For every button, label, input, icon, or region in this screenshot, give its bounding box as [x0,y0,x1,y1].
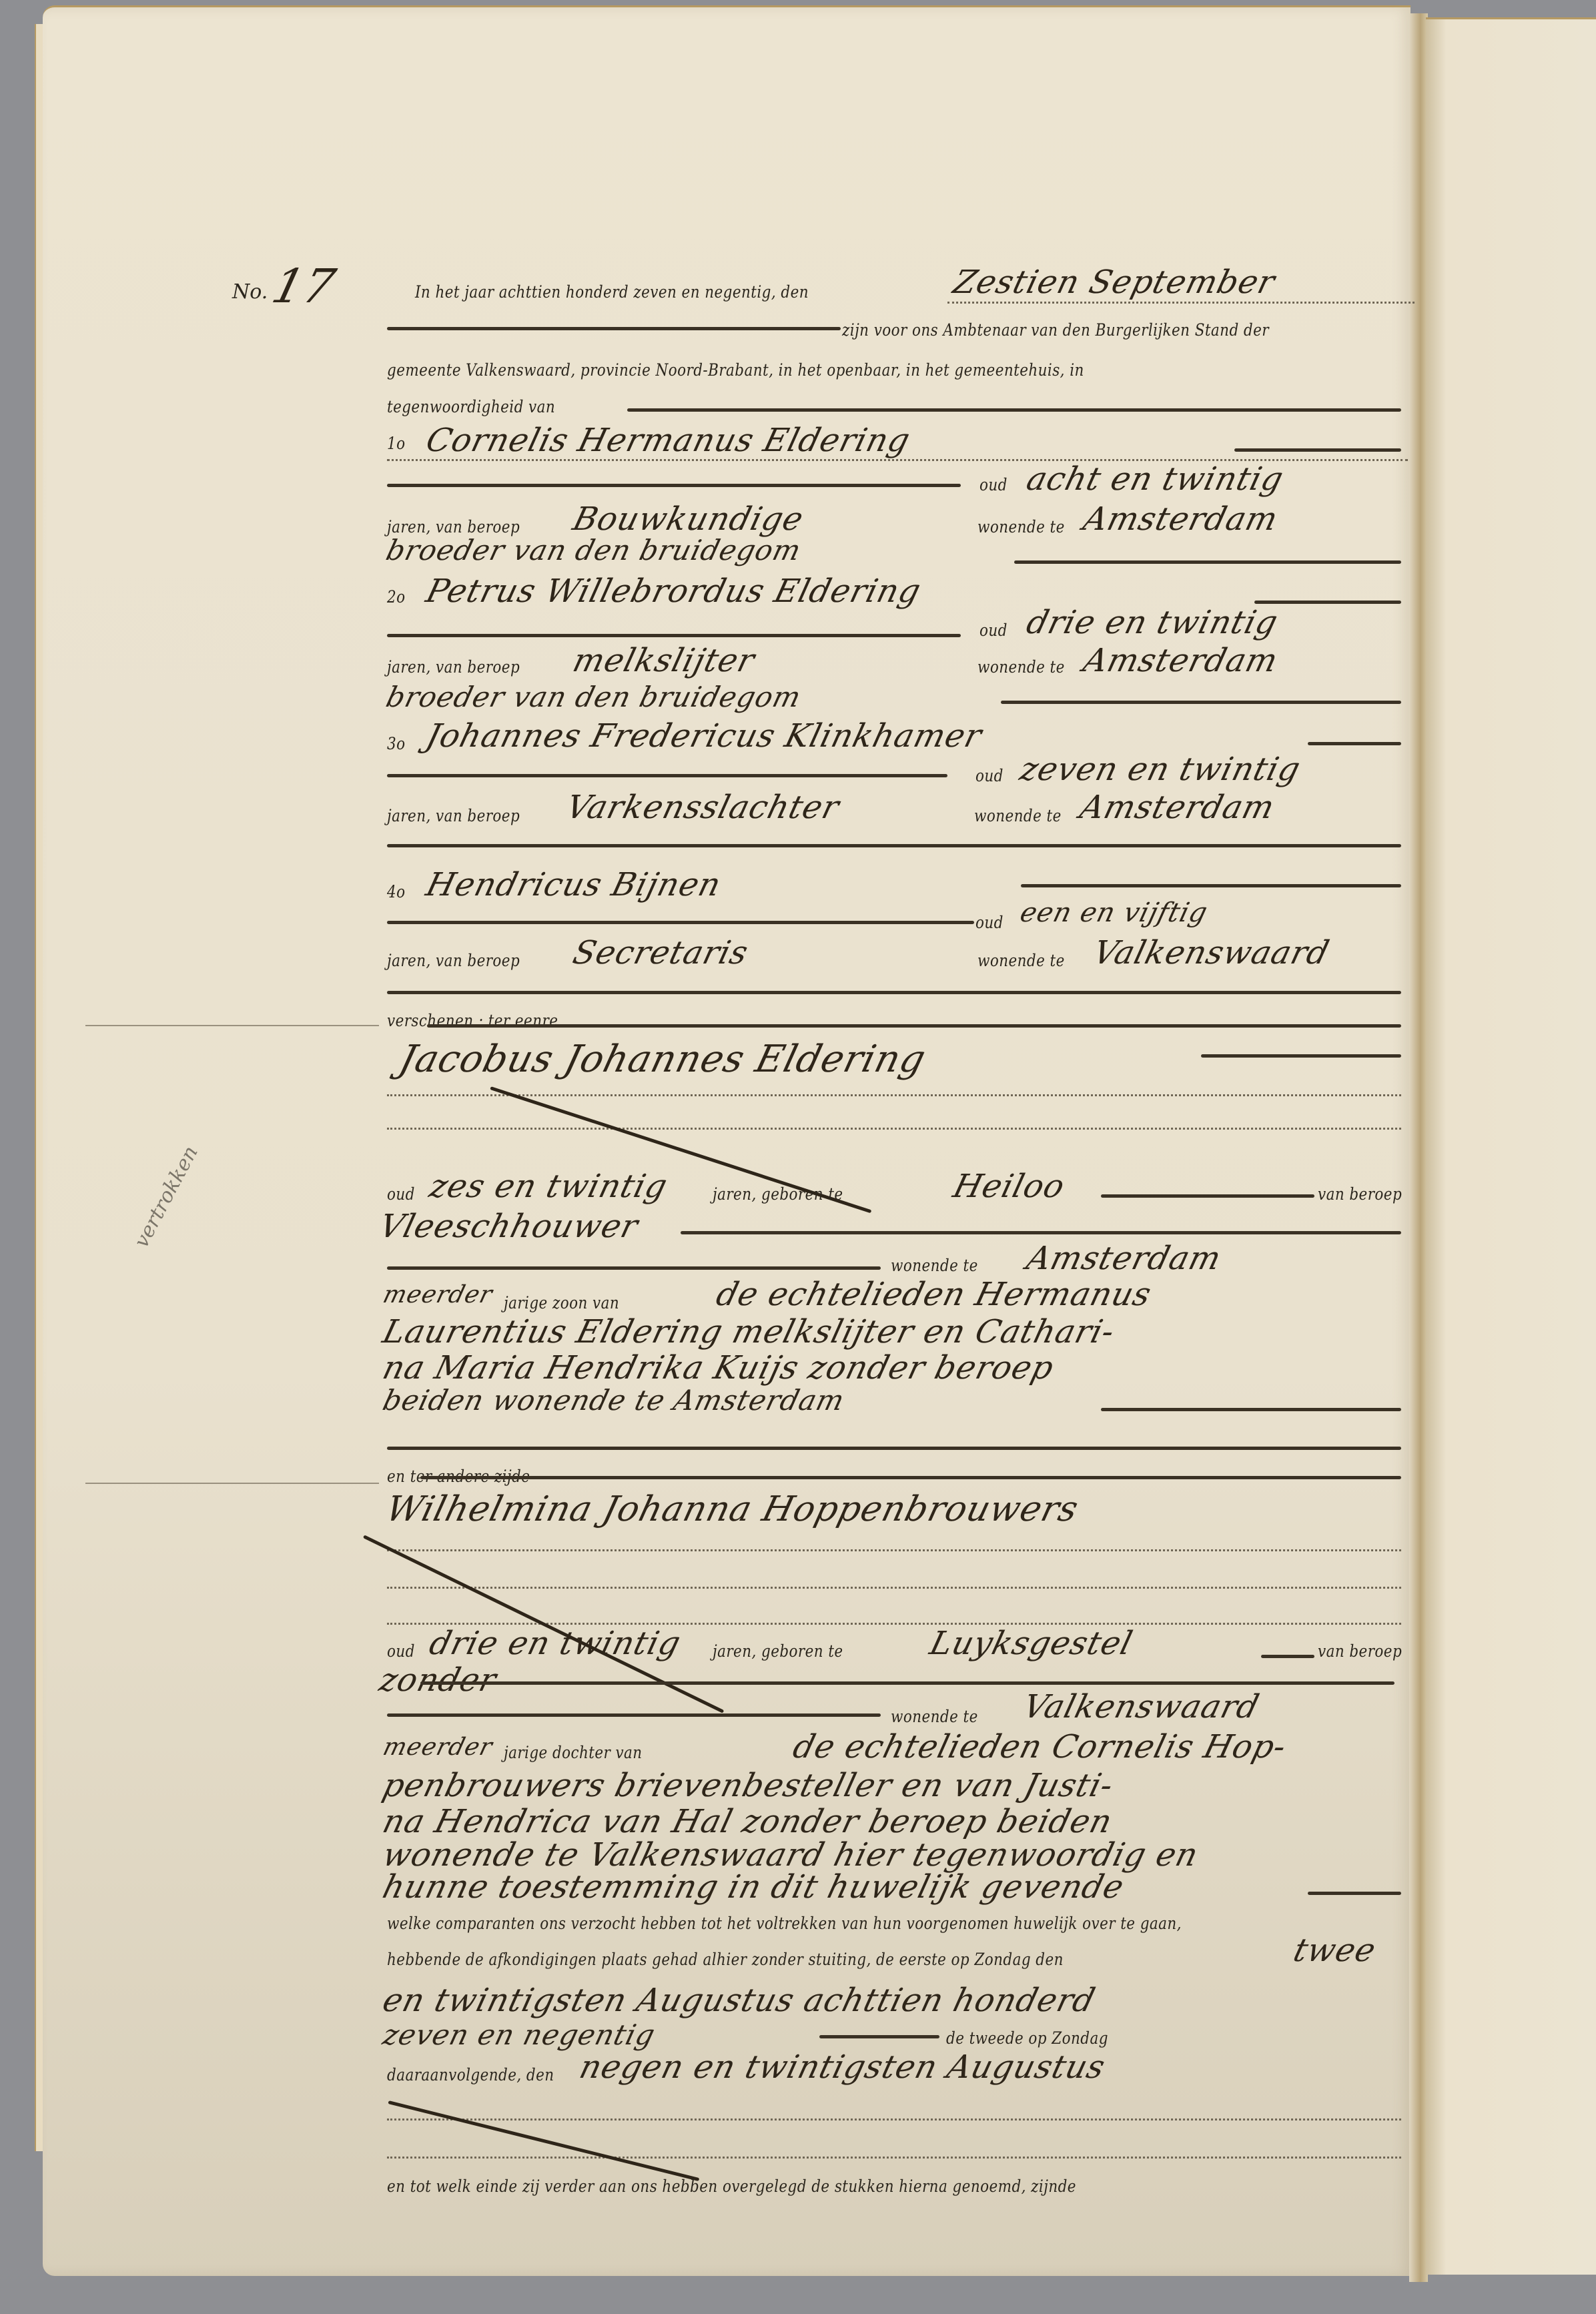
label-beroep: jaren, van beroep [387,951,520,970]
fill-line [387,1094,1401,1096]
print-line2: zijn voor ons Ambtenaar van den Burgerli… [842,320,1269,340]
bride-meerder: meerder [380,1733,496,1761]
print-afkondigingen: hebbende de afkondigingen plaats gehad a… [387,1950,1064,1969]
print-intro: In het jaar achttien honderd zeven en ne… [415,282,809,302]
record-number-label: No. [232,280,268,304]
strike-rule [420,1476,1401,1479]
bride-residence: Valkenswaard [1020,1688,1263,1725]
witness-1-name: Cornelis Hermanus Eldering [422,422,914,459]
strike-rule [1001,701,1401,704]
strike-rule [1308,1892,1401,1895]
witness-1-residence: Amsterdam [1080,500,1282,538]
witness-1-age: acht en twintig [1023,460,1288,498]
label-oud: oud [387,1184,415,1204]
witness-2-relation: broeder van den bruidegom [383,681,805,713]
witness-1-number: 1o [387,434,405,453]
strike-rule [387,1266,881,1270]
fill-line [387,1128,1401,1130]
groom-parents-4: beiden wonende te Amsterdam [380,1384,848,1417]
fill-line [387,1549,1401,1551]
groom-name: Jacobus Johannes Eldering [395,1038,930,1081]
witness-4-number: 4o [387,882,405,901]
print-line3: gemeente Valkenswaard, provincie Noord-B… [387,360,1084,380]
margin-divider [85,1025,379,1026]
strike-rule [387,844,1401,847]
strike-rule [387,634,961,637]
witness-3-residence: Amsterdam [1076,789,1278,826]
label-wonende: wonende te [977,517,1065,536]
witness-3-number: 3o [387,734,405,753]
witness-1-occupation: Bouwkundige [569,500,807,538]
strike-rule [1261,1655,1314,1658]
witness-4-occupation: Secretaris [569,934,752,972]
first-banns-day: twee [1290,1932,1380,1969]
witness-3-name: Johannes Fredericus Klinkhamer [422,717,985,755]
label-beroep: van beroep [1318,1641,1402,1661]
strike-rule [1101,1408,1401,1411]
label-zoon: jarige zoon van [504,1293,619,1312]
strike-rule [387,774,947,777]
strike-rule [1308,742,1401,745]
label-oud: oud [975,913,1004,932]
witness-4-name: Hendricus Bijnen [422,866,725,903]
bride-parents-5: hunne toestemming in dit huwelijk gevend… [379,1868,1128,1906]
margin-divider [85,1483,379,1484]
label-dochter: jarige dochter van [504,1743,643,1762]
bride-occupation: zonder [376,1661,500,1699]
strike-rule [1014,560,1401,564]
strike-rule [1101,1194,1314,1198]
label-oud: oud [975,766,1004,785]
bride-parents-1: de echtelieden Cornelis Hop- [789,1728,1290,1766]
fill-line [387,2157,1401,2159]
strike-rule [427,1024,1401,1028]
label-wonende: wonende te [891,1256,978,1275]
print-daaraanvolgende: daaraanvolgende, den [387,2065,554,2084]
strike-rule [387,991,1401,994]
strike-rule [420,1681,1394,1685]
bride-age: drie en twintig [426,1625,685,1662]
print-tweede: de tweede op Zondag [946,2028,1108,2048]
strike-rule [1021,884,1401,887]
strike-rule [387,921,974,924]
book-gutter [1409,13,1428,2282]
second-banns-date: negen en twintigsten Augustus [576,2048,1109,2086]
label-beroep: jaren, van beroep [387,657,520,677]
groom-occupation: Vleeschhouwer [376,1208,642,1245]
label-born: jaren, geboren te [713,1184,843,1204]
witness-2-occupation: melkslijter [569,642,759,679]
label-oud: oud [979,621,1008,640]
groom-meerder: meerder [380,1281,496,1308]
groom-parents-3: na Maria Hendrika Kuijs zonder beroep [379,1349,1058,1387]
fill-line [387,1587,1401,1589]
label-wonende: wonende te [891,1707,978,1726]
strike-rule [1201,1054,1401,1058]
bride-birthplace: Luyksgestel [926,1625,1136,1662]
witness-2-age: drie en twintig [1023,604,1282,641]
bride-parents-3: na Hendrica van Hal zonder beroep beiden [379,1803,1116,1840]
label-wonende: wonende te [977,657,1065,677]
strike-rule [1234,448,1401,452]
witness-3-age: zeven en twintig [1016,751,1304,788]
first-banns-year: zeven en negentig [380,2018,659,2051]
witness-4-residence: Valkenswaard [1090,934,1333,972]
strike-rule [387,327,841,330]
strike-rule [627,408,1401,412]
strike-rule [387,1447,1401,1450]
facing-page [1426,17,1596,2275]
groom-parents-2: Laurentius Eldering melkslijter en Catha… [379,1313,1119,1351]
fill-line [387,2118,1401,2120]
groom-residence: Amsterdam [1023,1240,1225,1277]
label-oud: oud [979,475,1008,494]
witness-2-name: Petrus Willebrordus Eldering [422,572,925,610]
strike-rule [819,2035,939,2038]
first-banns-date: en twintigsten Augustus achttien honderd [379,1982,1099,2019]
strike-rule [681,1231,1401,1234]
label-wonende: wonende te [974,806,1062,825]
label-born: jaren, geboren te [713,1641,843,1661]
witness-2-number: 2o [387,587,405,607]
strike-rule [387,484,961,487]
groom-age: zes en twintig [426,1168,671,1205]
witness-1-relation: broeder van den bruidegom [383,534,805,566]
label-oud: oud [387,1641,415,1661]
label-beroep: van beroep [1318,1184,1402,1204]
print-stukken: en tot welk einde zij verder aan ons heb… [387,2177,1076,2196]
witness-2-residence: Amsterdam [1080,642,1282,679]
record-page [43,5,1411,2276]
groom-birthplace: Heiloo [949,1168,1069,1205]
witness-4-age: een en vijftig [1017,897,1211,928]
strike-rule [387,1713,881,1717]
print-line4: tegenwoordigheid van [387,397,555,416]
bride-name: Wilhelmina Johanna Hoppenbrouwers [382,1489,1083,1529]
fill-line [947,302,1415,304]
hand-date: Zestien September [949,264,1279,301]
bride-parents-2: penbrouwers brievenbesteller en van Just… [379,1767,1118,1804]
witness-3-occupation: Varkensslachter [562,789,843,826]
label-beroep: jaren, van beroep [387,806,520,825]
label-wonende: wonende te [977,951,1065,970]
groom-parents-1: de echtelieden Hermanus [713,1276,1155,1313]
print-comparanten: welke comparanten ons verzocht hebben to… [387,1914,1182,1933]
